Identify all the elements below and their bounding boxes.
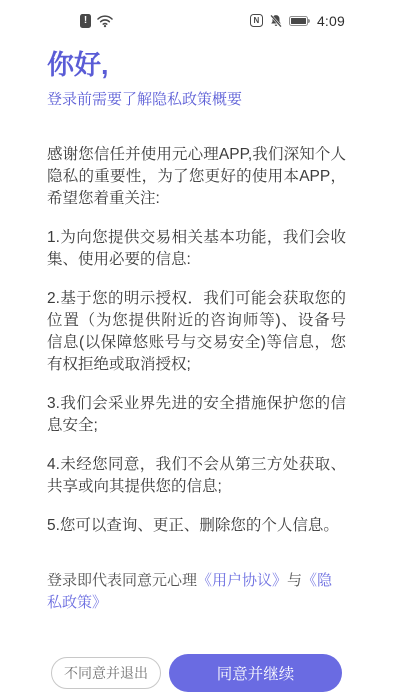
decline-button[interactable]: 不同意并退出 bbox=[51, 657, 161, 689]
battery-icon bbox=[289, 16, 308, 26]
notifications-muted-icon bbox=[269, 14, 283, 28]
privacy-item-5: 5.您可以查询、更正、删除您的个人信息。 bbox=[47, 515, 346, 537]
sim-alert-icon: ! bbox=[80, 14, 91, 28]
agreement-prefix: 登录即代表同意元心理 bbox=[47, 572, 197, 589]
user-agreement-link[interactable]: 《用户协议》 bbox=[197, 572, 287, 589]
wifi-icon bbox=[97, 14, 113, 28]
action-buttons: 不同意并退出 同意并继续 bbox=[0, 654, 393, 692]
page-subtitle: 登录前需要了解隐私政策概要 bbox=[47, 92, 346, 108]
privacy-consent-screen: ! N 4:09 bbox=[0, 0, 393, 700]
privacy-item-2: 2.基于您的明示授权．我们可能会获取您的位置（为您提供附近的咨询师等)、设备号信… bbox=[47, 288, 346, 376]
agreement-note: 登录即代表同意元心理《用户协议》与《隐私政策》 bbox=[47, 570, 346, 614]
privacy-item-3: 3.我们会采业界先进的安全措施保护您的信息安全; bbox=[47, 393, 346, 437]
nfc-icon: N bbox=[250, 14, 263, 27]
status-time: 4:09 bbox=[317, 13, 345, 29]
privacy-intro: 感谢您信任并使用元心理APP,我们深知个人隐私的重要性，为了您更好的使用本APP… bbox=[47, 144, 346, 210]
status-bar-right: N 4:09 bbox=[250, 13, 345, 29]
privacy-item-1: 1.为向您提供交易相关基本功能，我们会收集、使用必要的信息: bbox=[47, 227, 346, 271]
agreement-conjunction: 与 bbox=[287, 572, 302, 589]
status-bar-left: ! bbox=[80, 14, 113, 28]
accept-button[interactable]: 同意并继续 bbox=[169, 654, 342, 692]
privacy-item-4: 4.未经您同意，我们不会从第三方处获取、共享或向其提供您的信息; bbox=[47, 454, 346, 498]
content-area: 你好, 登录前需要了解隐私政策概要 感谢您信任并使用元心理APP,我们深知个人隐… bbox=[0, 49, 393, 614]
page-title: 你好, bbox=[47, 49, 346, 81]
status-bar: ! N 4:09 bbox=[0, 0, 393, 35]
